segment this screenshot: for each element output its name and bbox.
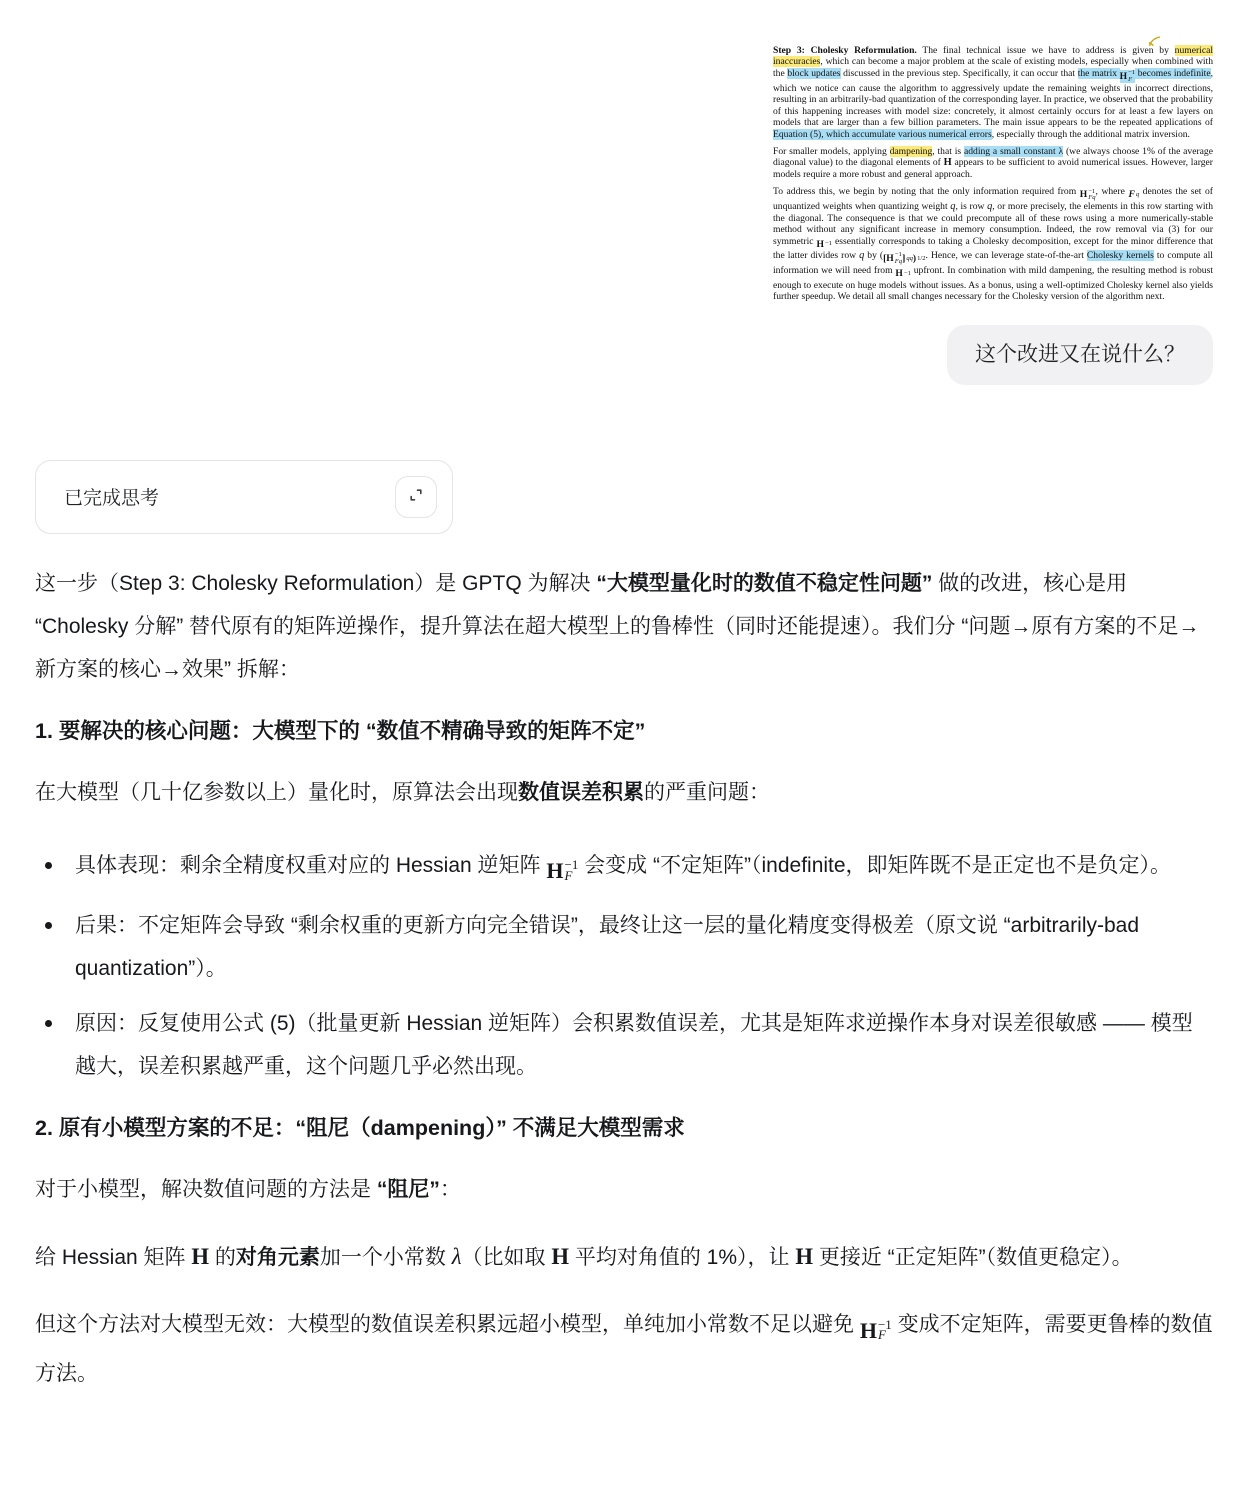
answer-section-heading: 2. 原有小模型方案的不足：“阻尼（dampening）” 不满足大模型需求 bbox=[35, 1112, 1213, 1144]
math-expression: [H−1Fq bbox=[883, 252, 902, 265]
paper-paragraph: Step 3: Cholesky Reformulation. The fina… bbox=[773, 45, 1213, 140]
text-run: 原因：反复使用公式 (5)（批量更新 Hessian 逆矩阵）会积累数值误差，尤… bbox=[75, 1012, 1193, 1078]
paper-paragraph: To address this, we begin by noting that… bbox=[773, 186, 1213, 302]
text-run: 给 Hessian 矩阵 bbox=[35, 1246, 191, 1269]
text-run: 平均对角值的 1%），让 bbox=[569, 1246, 795, 1269]
text-run: H bbox=[944, 157, 952, 168]
text-run: 会变成 “不定矩阵”（indefinite，即矩阵既不是正定也不是负定）。 bbox=[578, 854, 1171, 877]
answer-list-item: 后果：不定矩阵会导致 “剩余权重的更新方向完全错误”，最终让这一层的量化精度变得… bbox=[35, 904, 1213, 990]
chat-thread: Step 3: Cholesky Reformulation. The fina… bbox=[0, 0, 1257, 1395]
math-expression: )1/2 bbox=[913, 253, 926, 264]
highlighted-text: becomes indefinite bbox=[1135, 68, 1211, 79]
text-run: 2. 原有小模型方案的不足：“阻尼（dampening）” 不满足大模型需求 bbox=[35, 1116, 685, 1140]
text-run: , where bbox=[1096, 186, 1129, 197]
assistant-answer: 这一步（Step 3: Cholesky Reformulation）是 GPT… bbox=[35, 562, 1213, 1395]
paper-paragraph: For smaller models, applying dampening, … bbox=[773, 146, 1213, 180]
text-run: by ( bbox=[864, 250, 883, 261]
text-run: 数值误差积累 bbox=[518, 781, 644, 804]
answer-paragraph: 对于小模型，解决数值问题的方法是 “阻尼”： bbox=[35, 1168, 1213, 1211]
math-expression: ]qq bbox=[902, 253, 913, 264]
text-run: The final technical issue we have to add… bbox=[917, 45, 1175, 56]
text-run: H bbox=[795, 1244, 813, 1269]
text-run: λ bbox=[452, 1244, 462, 1269]
text-run: 但这个方法对大模型无效：大模型的数值误差积累远超小模型，单纯加小常数不足以避免 bbox=[35, 1313, 860, 1336]
answer-paragraph: 但这个方法对大模型无效：大模型的数值误差积累远超小模型，单纯加小常数不足以避免 … bbox=[35, 1303, 1213, 1395]
text-run: . Hence, we can leverage state-of-the-ar… bbox=[926, 250, 1087, 261]
text-run: To address this, we begin by noting that… bbox=[773, 186, 1080, 197]
text-run: “大模型量化时的数值不稳定性问题” bbox=[596, 572, 932, 595]
text-run: 后果：不定矩阵会导致 “剩余权重的更新方向完全错误”，最终让这一层的量化精度变得… bbox=[75, 914, 1139, 980]
highlighter-cursor-icon bbox=[1148, 36, 1161, 50]
text-run: discussed in the previous step. Specific… bbox=[841, 68, 1078, 79]
highlighted-text: Cholesky kernels bbox=[1087, 250, 1154, 261]
text-run: H bbox=[551, 1244, 569, 1269]
highlighted-text: adding a small constant λ bbox=[964, 146, 1063, 157]
text-run: 加一个小常数 bbox=[320, 1246, 452, 1269]
text-run: 更接近 “正定矩阵”（数值更稳定）。 bbox=[813, 1246, 1133, 1269]
answer-paragraph: 在大模型（几十亿参数以上）量化时，原算法会出现数值误差积累的严重问题： bbox=[35, 771, 1213, 814]
user-message-text: 这个改进又在说什么？ bbox=[975, 343, 1185, 366]
highlighted-text: the matrix bbox=[1078, 68, 1120, 79]
answer-bullet-list: 具体表现：剩余全精度权重对应的 Hessian 逆矩阵 H−1F 会变成 “不定… bbox=[35, 844, 1213, 1089]
text-run: , that is bbox=[932, 146, 964, 157]
highlighted-text: Equation (5), which accumulate various n… bbox=[773, 129, 992, 140]
math-expression: H−1 bbox=[817, 239, 832, 250]
text-run: Step 3: Cholesky Reformulation. bbox=[773, 45, 917, 56]
answer-list-item: 具体表现：剩余全精度权重对应的 Hessian 逆矩阵 H−1F 会变成 “不定… bbox=[35, 844, 1213, 893]
math-expression: H−1F bbox=[860, 1309, 892, 1352]
text-run: 对角元素 bbox=[236, 1246, 320, 1269]
text-run: 的严重问题： bbox=[644, 781, 770, 804]
thought-panel-label: 已完成思考 bbox=[64, 483, 159, 510]
math-expression: Fq bbox=[1128, 189, 1139, 200]
text-run: 这一步（Step 3: Cholesky Reformulation）是 GPT… bbox=[35, 572, 596, 595]
math-expression: H−1 bbox=[895, 268, 910, 279]
answer-list-item: 原因：反复使用公式 (5)（批量更新 Hessian 逆矩阵）会积累数值误差，尤… bbox=[35, 1002, 1213, 1088]
text-run: “阻尼” bbox=[377, 1178, 440, 1201]
text-run: 在大模型（几十亿参数以上）量化时，原算法会出现 bbox=[35, 781, 518, 804]
highlighted-text: dampening bbox=[890, 146, 933, 157]
answer-paragraph: 这一步（Step 3: Cholesky Reformulation）是 GPT… bbox=[35, 562, 1213, 691]
highlighted-text: H−1F bbox=[1120, 70, 1135, 83]
answer-paragraph: 给 Hessian 矩阵 H 的对角元素加一个小常数 λ（比如取 H 平均对角值… bbox=[35, 1235, 1213, 1279]
text-run: 的 bbox=[209, 1246, 236, 1269]
math-expression: H−1Fq bbox=[1080, 189, 1096, 202]
thought-panel[interactable]: 已完成思考 bbox=[35, 460, 453, 534]
text-run: H bbox=[191, 1244, 209, 1269]
answer-section-heading: 1. 要解决的核心问题：大模型下的 “数值不精确导致的矩阵不定” bbox=[35, 715, 1213, 747]
expand-thought-button[interactable] bbox=[395, 476, 437, 518]
text-run: （比如取 bbox=[462, 1246, 552, 1269]
text-run: , especially through the additional matr… bbox=[992, 129, 1190, 140]
user-message-bubble: 这个改进又在说什么？ bbox=[947, 325, 1213, 385]
text-run: ： bbox=[440, 1178, 461, 1201]
text-run: 对于小模型，解决数值问题的方法是 bbox=[35, 1178, 377, 1201]
text-run: 1. 要解决的核心问题：大模型下的 “数值不精确导致的矩阵不定” bbox=[35, 719, 645, 743]
text-run: For smaller models, applying bbox=[773, 146, 890, 157]
expand-icon bbox=[407, 486, 425, 507]
chat-page: { "colors": { "highlight_yellow": "#fbe9… bbox=[0, 0, 1257, 1498]
text-run: , is row bbox=[955, 201, 987, 212]
math-expression: H−1F bbox=[546, 849, 578, 892]
paper-attachment-image[interactable]: Step 3: Cholesky Reformulation. The fina… bbox=[773, 45, 1213, 303]
highlighted-text: block updates bbox=[787, 68, 840, 79]
text-run: 具体表现：剩余全精度权重对应的 Hessian 逆矩阵 bbox=[75, 854, 546, 877]
